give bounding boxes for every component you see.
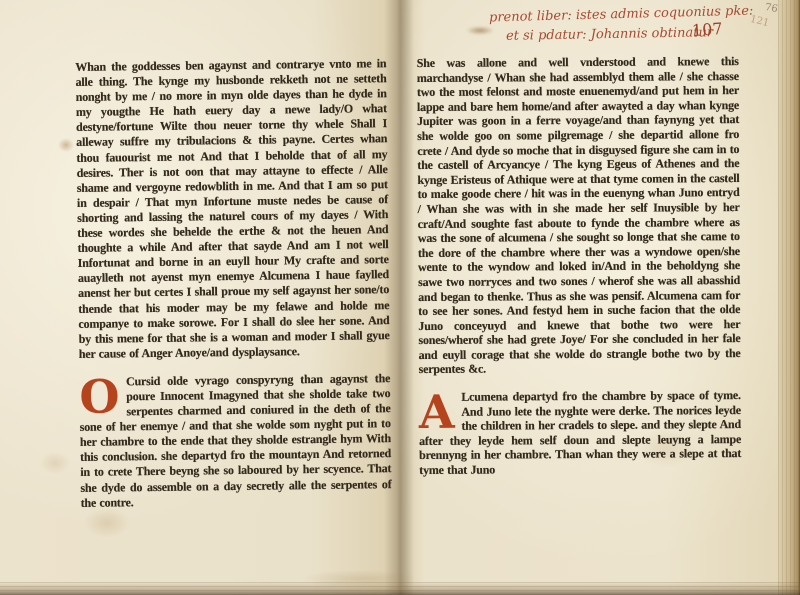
paragraph: Whan the goddesses ben agaynst and contr… <box>75 56 390 362</box>
open-book-spread: prenot liber: istes admis coquonius pke:… <box>0 0 800 595</box>
folio-number: 107 <box>691 19 723 40</box>
paragraph-text: Whan the goddesses ben agaynst and contr… <box>75 56 389 361</box>
paragraph: OCursid olde vyrago conspyryng than agay… <box>79 371 392 511</box>
paragraph-text: Cursid olde vyrago conspyryng than agayn… <box>80 371 392 510</box>
fore-edge-page-stack <box>778 0 800 595</box>
pencil-mark: 76 <box>764 2 778 15</box>
paragraph: She was allone and well vnderstood and k… <box>417 54 741 377</box>
ink-smudge <box>466 26 494 35</box>
bottom-page-edges <box>0 582 800 595</box>
right-page-text-block: She was allone and well vnderstood and k… <box>417 54 742 478</box>
paragraph-text: She was allone and well vnderstood and k… <box>417 54 741 376</box>
rubricated-initial-a: A <box>419 390 462 432</box>
book-photograph: prenot liber: istes admis coquonius pke:… <box>0 0 800 595</box>
left-page-text-block: Whan the goddesses ben agaynst and contr… <box>75 56 391 510</box>
rubricated-initial-o: O <box>79 374 126 417</box>
paragraph-text: Lcumena departyd fro the chambre by spac… <box>419 388 741 477</box>
paragraph: ALcumena departyd fro the chambre by spa… <box>419 388 742 478</box>
